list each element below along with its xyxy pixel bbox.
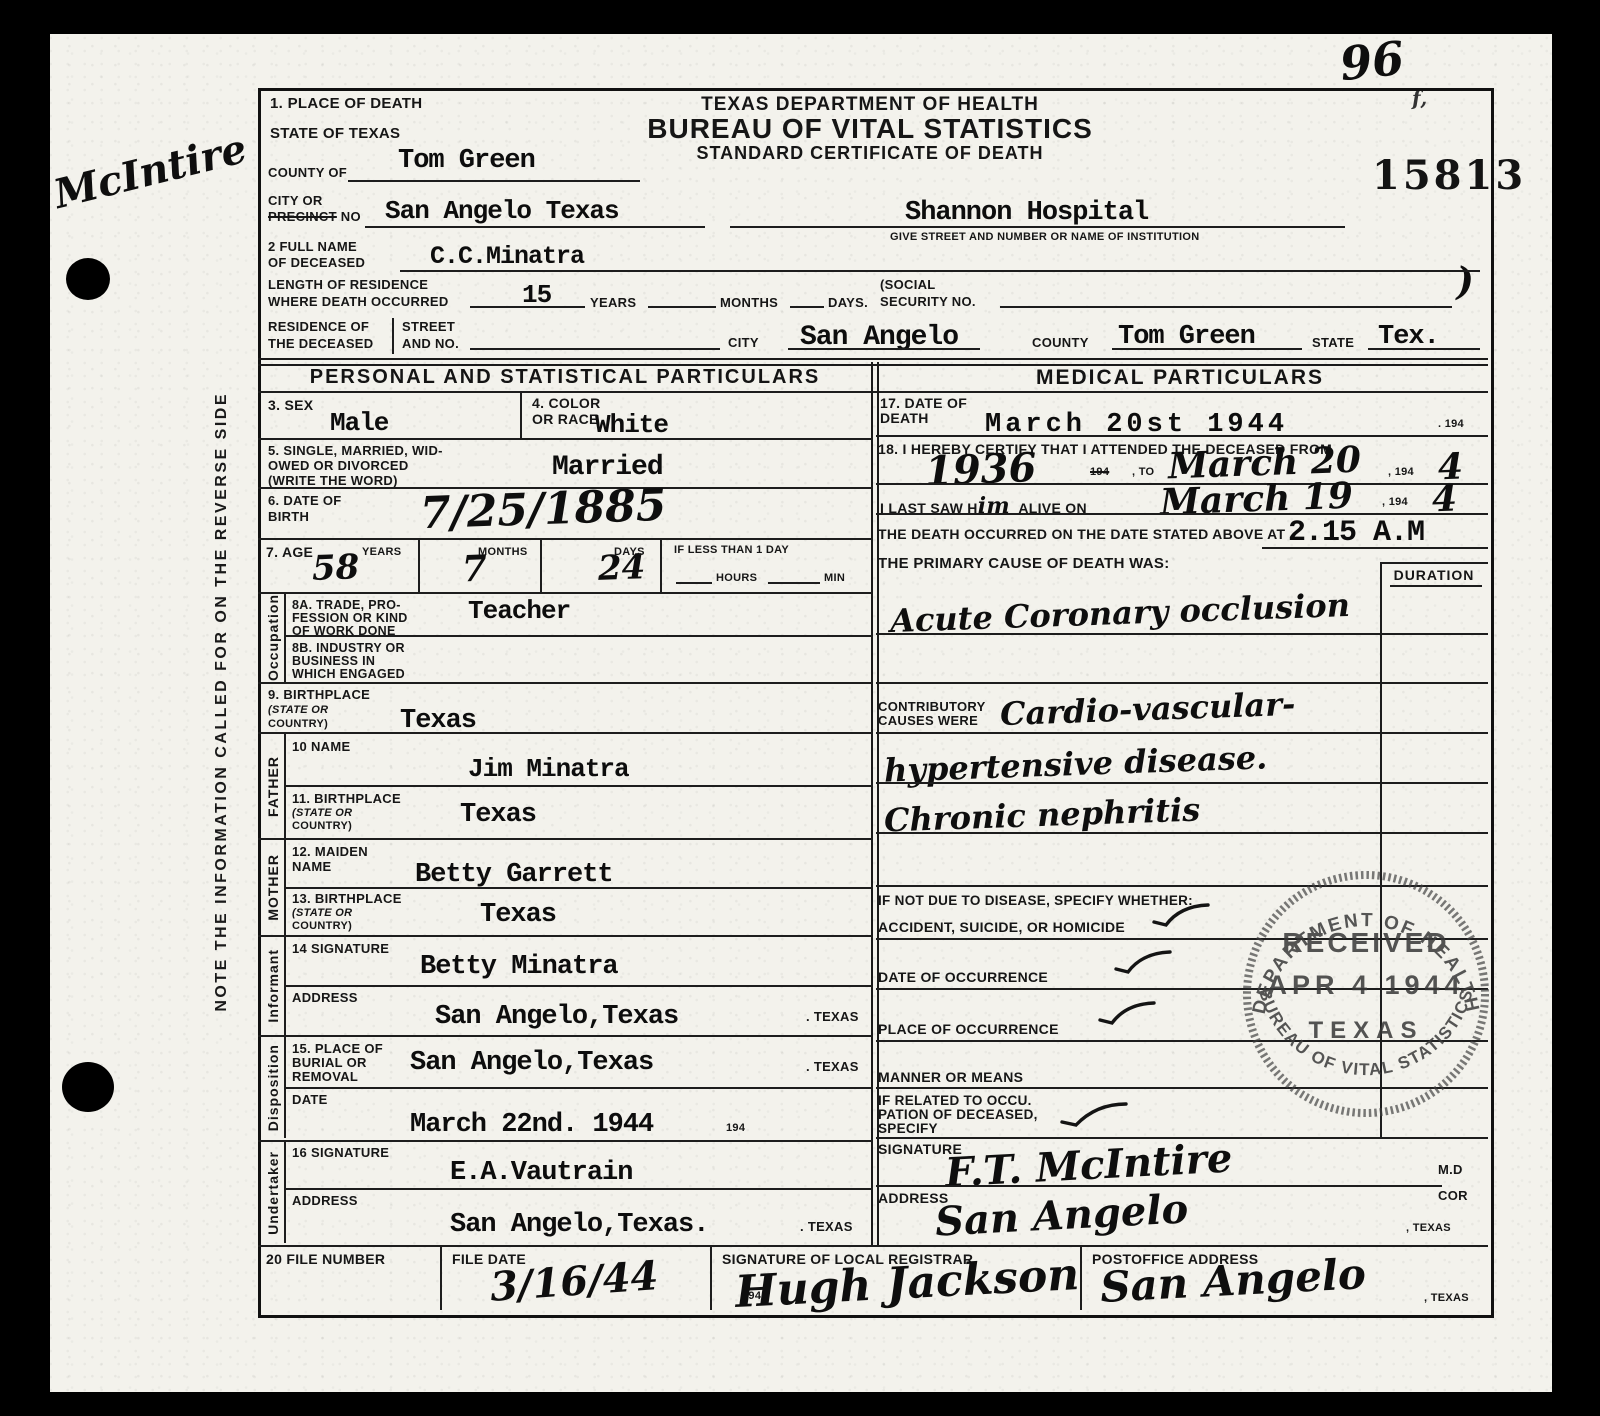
residence-length-label-1: LENGTH OF RESIDENCE — [268, 278, 428, 293]
marital-label-1: 5. SINGLE, MARRIED, WID- — [268, 444, 443, 459]
birthplace-label-3: COUNTRY) — [268, 718, 328, 730]
min-label: MIN — [824, 572, 845, 584]
file-number-label: 20 FILE NUMBER — [266, 1252, 385, 1268]
age-years-label: YEARS — [362, 546, 401, 558]
county2-label: COUNTY — [1032, 336, 1089, 351]
residence-length-label-2: WHERE DEATH OCCURRED — [268, 295, 449, 310]
ssn-label-2: SECURITY NO. — [880, 295, 976, 310]
industry-label-2: BUSINESS IN — [292, 654, 375, 668]
occupation-side-label: Occupation — [261, 594, 286, 682]
burial-date-year-hint: 194 — [726, 1122, 745, 1134]
stamp-date: APR 4 1944 — [1267, 970, 1464, 1000]
informant-address-label: ADDRESS — [292, 991, 358, 1006]
sex-value: Male — [330, 408, 388, 438]
fullname-value: C.C.Minatra — [430, 242, 584, 271]
birthplace-label-2: (STATE OR — [268, 704, 328, 716]
birth-date-label-2: BIRTH — [268, 510, 309, 525]
physician-texas-suffix: , TEXAS — [1406, 1222, 1451, 1234]
burial-label-3: REMOVAL — [292, 1070, 358, 1085]
city2-label: CITY — [728, 336, 759, 351]
burial-date-label: DATE — [292, 1093, 328, 1108]
last-saw-him-insert: im — [978, 493, 1010, 519]
mother-bp-value: Texas — [480, 900, 556, 930]
trade-label-2: FESSION OR KIND — [292, 611, 408, 625]
death-date-label-2: DEATH — [880, 411, 929, 427]
punch-hole-top — [66, 258, 110, 300]
hours-label: HOURS — [716, 572, 757, 584]
cor-label: COR — [1438, 1189, 1468, 1204]
sex-label: 3. SEX — [268, 398, 313, 414]
residence-of-label-1: RESIDENCE OF — [268, 320, 369, 335]
primary-cause-label: THE PRIMARY CAUSE OF DEATH WAS: — [878, 556, 1170, 573]
color-value: White — [595, 410, 668, 440]
father-bp-label-2: (STATE OR — [292, 807, 352, 819]
undertaker-signature-value: E.A.Vautrain — [450, 1158, 632, 1188]
birth-date-label-1: 6. DATE OF — [268, 494, 342, 509]
attended-from-value: 1936 — [924, 444, 1037, 495]
father-bp-value: Texas — [460, 800, 536, 830]
death-date-year-hint: . 194 — [1438, 418, 1464, 430]
informant-signature-label: 14 SIGNATURE — [292, 942, 389, 957]
scanned-death-certificate: McIntire NOTE THE INFORMATION CALLED FOR… — [0, 0, 1600, 1416]
months-label: MONTHS — [720, 296, 778, 311]
scan-edge-left — [0, 0, 50, 1416]
duration-label: DURATION — [1394, 568, 1475, 584]
trade-label-1: 8A. TRADE, PRO- — [292, 598, 401, 612]
fullname-label-2: OF DECEASED — [268, 256, 365, 271]
struck-year: 194 — [1090, 466, 1109, 478]
related-label-1: IF RELATED TO OCCU. — [878, 1093, 1032, 1108]
last-saw-year-hint: , 194 — [1382, 496, 1408, 508]
scan-edge-right — [1552, 0, 1600, 1416]
stamp-state: TEXAS — [1308, 1017, 1423, 1044]
burial-value: San Angelo,Texas — [410, 1048, 653, 1078]
checkmark-place-occurrence — [1096, 996, 1158, 1026]
manner-means-label: MANNER OR MEANS — [878, 1070, 1023, 1086]
maiden-label-1: 12. MAIDEN — [292, 845, 368, 860]
street-label-1: STREET — [402, 320, 455, 335]
informant-side-label: Informant — [261, 937, 286, 1035]
state-of-texas-label: STATE OF TEXAS — [270, 126, 400, 143]
mother-bp-label-1: 13. BIRTHPLACE — [292, 892, 402, 907]
undertaker-address-label: ADDRESS — [292, 1194, 358, 1209]
undertaker-side-label: Undertaker — [261, 1142, 286, 1243]
certificate-subtitle: STANDARD CERTIFICATE OF DEATH — [697, 143, 1044, 163]
marital-value: Married — [552, 452, 663, 483]
checkmark-accident — [1150, 898, 1212, 928]
md-label: M.D — [1438, 1163, 1463, 1178]
age-days-label: DAYS — [614, 546, 645, 558]
residence-of-label-2: THE DECEASED — [268, 337, 373, 352]
accident-label: ACCIDENT, SUICIDE, OR HOMICIDE — [878, 920, 1125, 936]
related-label-2: PATION OF DECEASED, — [878, 1107, 1038, 1122]
age-label: 7. AGE — [266, 545, 313, 561]
maiden-value: Betty Garrett — [415, 860, 613, 890]
father-name-label: 10 NAME — [292, 740, 350, 755]
related-label-3: SPECIFY — [878, 1121, 938, 1136]
city-value: San Angelo Texas — [385, 196, 619, 226]
county-value: Tom Green — [398, 146, 535, 176]
father-side-label: FATHER — [261, 734, 286, 838]
checkmark-date-occurrence — [1112, 945, 1174, 975]
medical-section-title: MEDICAL PARTICULARS — [1036, 366, 1324, 390]
ssn-label-1: (SOCIAL — [880, 278, 936, 293]
county-label: COUNTY OF — [268, 166, 347, 181]
industry-label-3: WHICH ENGAGED — [292, 667, 405, 681]
to-year-hint: , 194 — [1388, 466, 1414, 478]
margin-note: NOTE THE INFORMATION CALLED FOR ON THE R… — [204, 328, 240, 1076]
undertaker-address-value: San Angelo,Texas. — [450, 1210, 708, 1240]
institution-value: Shannon Hospital — [905, 198, 1148, 228]
father-bp-label-3: COUNTRY) — [292, 820, 352, 832]
undertaker-signature-label: 16 SIGNATURE — [292, 1146, 389, 1161]
mother-bp-label-2: (STATE OR — [292, 907, 352, 919]
scan-edge-bottom — [0, 1392, 1600, 1416]
contributory-label-2: CAUSES WERE — [878, 714, 978, 729]
institution-hint: GIVE STREET AND NUMBER OR NAME OF INSTIT… — [890, 231, 1199, 243]
burial-date-value: March 22nd. 1944 — [410, 1110, 653, 1140]
place-of-death-label: 1. PLACE OF DEATH — [270, 96, 422, 113]
checkmark-related — [1058, 1096, 1130, 1128]
burial-texas-suffix: . TEXAS — [806, 1060, 859, 1075]
place-occurrence-label: PLACE OF OCCURRENCE — [878, 1022, 1059, 1038]
date-occurrence-label: DATE OF OCCURRENCE — [878, 970, 1048, 986]
color-label-2: OR RACE — [532, 412, 599, 428]
years-label: YEARS — [590, 296, 636, 311]
industry-label-1: 8B. INDUSTRY OR — [292, 641, 405, 655]
death-occurred-label: THE DEATH OCCURRED ON THE DATE STATED AB… — [878, 527, 1285, 543]
days-label: DAYS. — [828, 296, 868, 311]
mother-side-label: MOTHER — [261, 840, 286, 935]
punch-hole-bottom — [62, 1062, 114, 1112]
precinct-label: PRECINCT NO — [268, 210, 361, 225]
informant-signature-value: Betty Minatra — [420, 952, 618, 982]
undertaker-texas-suffix: . TEXAS — [800, 1220, 853, 1235]
marital-label-2: OWED OR DIVORCED — [268, 459, 409, 474]
fullname-label-1: 2 FULL NAME — [268, 240, 357, 255]
less-than-day-label: IF LESS THAN 1 DAY — [674, 544, 789, 556]
page-number-handwritten: 96 — [1337, 31, 1406, 91]
color-label-1: 4. COLOR — [532, 396, 601, 412]
birthplace-label-1: 9. BIRTHPLACE — [268, 688, 370, 703]
maiden-label-2: NAME — [292, 860, 331, 875]
father-bp-label-1: 11. BIRTHPLACE — [292, 792, 401, 807]
state2-label: STATE — [1312, 336, 1354, 351]
to-label: , TO — [1132, 466, 1154, 478]
informant-texas-suffix: . TEXAS — [806, 1010, 859, 1025]
received-stamp: DEPARTMENT OF HEALTH BUREAU OF VITAL STA… — [1238, 866, 1494, 1122]
disposition-side-label: Disposition — [261, 1037, 286, 1138]
bureau-title: BUREAU OF VITAL STATISTICS — [647, 113, 1092, 144]
not-disease-label: IF NOT DUE TO DISEASE, SPECIFY WHETHER: — [878, 893, 1193, 908]
informant-address-value: San Angelo,Texas — [435, 1002, 678, 1032]
trade-value: Teacher — [468, 596, 570, 626]
stamp-received: RECEIVED — [1282, 927, 1449, 958]
birth-date-value: 7/25/1885 — [419, 480, 667, 540]
age-months-label: MONTHS — [478, 546, 527, 558]
scan-edge-top — [0, 0, 1600, 34]
postoffice-texas-suffix: , TEXAS — [1424, 1292, 1469, 1304]
street-label-2: AND NO. — [402, 337, 459, 352]
death-time-value: 2.15 A.M — [1288, 516, 1424, 550]
age-years-value: 58 — [311, 547, 360, 589]
father-name-value: Jim Minatra — [468, 754, 629, 784]
city-or-label: CITY OR — [268, 194, 323, 209]
mother-bp-label-3: COUNTRY) — [292, 920, 352, 932]
personal-section-title: PERSONAL AND STATISTICAL PARTICULARS — [310, 366, 821, 389]
